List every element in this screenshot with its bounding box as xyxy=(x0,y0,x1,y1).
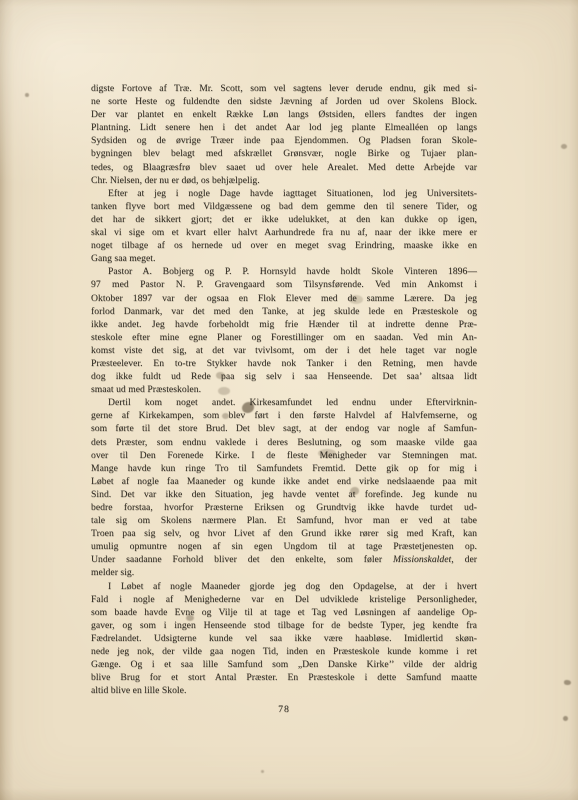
text-line: ikke andet. Jeg havde forbeholdt mig fri… xyxy=(91,318,477,331)
text-line: forlod Danmark, var det med den Tanke, a… xyxy=(91,305,477,318)
paragraph: digste Fortove af Træ. Mr. Scott, som ve… xyxy=(91,82,477,187)
text-line: det har de sikkert gjort; det er ikke ud… xyxy=(91,213,477,226)
text-line: Gænge. Og i et saa lille Samfund som „De… xyxy=(91,658,477,671)
text-line: tale sig om Skolens nærmere Plan. Et Sam… xyxy=(91,514,477,527)
text-line: smaat ud med Præsteskolen. xyxy=(91,383,477,396)
text-line: digste Fortove af Træ. Mr. Scott, som ve… xyxy=(91,82,477,95)
scanned-book-page: digste Fortove af Træ. Mr. Scott, som ve… xyxy=(0,0,578,800)
text-line: Plantning. Lidt senere hen i det andet A… xyxy=(91,121,477,134)
text-line: dets Præster, som endnu vaklede i deres … xyxy=(91,436,477,449)
text-line: tanken flyve bort med Vildgæssene og bad… xyxy=(91,200,477,213)
text-line: Mange havde kun ringe Tro til Samfundets… xyxy=(91,462,477,475)
text-line: I Løbet af nogle Maaneder gjorde jeg dog… xyxy=(91,580,477,593)
text-line: komst viste det sig, at det var tvivlsom… xyxy=(91,344,477,357)
text-line: Der var plantet en enkelt Række Løn lang… xyxy=(91,108,477,121)
ink-stain xyxy=(563,716,568,721)
text-line: umulig opmuntre nogen af sin egen Ungdom… xyxy=(91,540,477,553)
paragraph: Dertil kom noget andet. Kirkesamfundet l… xyxy=(91,396,477,579)
text-line: gerne af Kirkekampen, som blev ført i de… xyxy=(91,409,477,422)
text-line: Fald i nogle af Menighederne var en Del … xyxy=(91,593,477,606)
text-line: blive Brug for et stort Antal Præster. E… xyxy=(91,671,477,684)
paragraph: Pastor A. Bobjerg og P. P. Hornsyld havd… xyxy=(91,265,477,396)
text-line: Chr. Nielsen, der nu er død, os behjælpe… xyxy=(91,174,477,187)
text-line: tedes, og Blaagræsfrø blev saaet ud over… xyxy=(91,161,477,174)
text-line: bedre forstaa, hvorfor Præsterne Eriksen… xyxy=(91,501,477,514)
text-line: steskole efter mine egne Planer og Fores… xyxy=(91,331,477,344)
text-line: over til Den Forenede Kirke. I de fleste… xyxy=(91,449,477,462)
text-line: Fædrelandet. Udsigterne kunde vel saa ik… xyxy=(91,632,477,645)
text-line: ne sorte Heste og fuldendte den sidste J… xyxy=(91,95,477,108)
text-line: Sydsiden og de øvrige Træer inde paa Eje… xyxy=(91,134,477,147)
text-line: melder sig. xyxy=(91,566,477,579)
text-line: Efter at jeg i nogle Dage havde iagttage… xyxy=(91,187,477,200)
text-line: som førte til det store Brud. Det blev s… xyxy=(91,422,477,435)
text-line: Sind. Det var ikke den Situation, jeg ha… xyxy=(91,488,477,501)
ink-stain xyxy=(561,144,567,149)
text-line: som baade havde Evne og Vilje til at tag… xyxy=(91,606,477,619)
ink-stain xyxy=(25,93,29,97)
ink-stain xyxy=(564,680,571,685)
page-number: 78 xyxy=(91,704,477,715)
text-block: digste Fortove af Træ. Mr. Scott, som ve… xyxy=(91,82,477,697)
text-line: skal vi sige om et kvart eller halvt Aar… xyxy=(91,226,477,239)
ink-stain xyxy=(261,770,264,773)
paragraph: Efter at jeg i nogle Dage havde iagttage… xyxy=(91,187,477,266)
text-line: 97 med Pastor N. P. Gravengaard som Tils… xyxy=(91,278,477,291)
paragraph: I Løbet af nogle Maaneder gjorde jeg dog… xyxy=(91,580,477,698)
text-line: Oktober 1897 var der ogsaa en Flok Eleve… xyxy=(91,292,477,305)
text-line: Pastor A. Bobjerg og P. P. Hornsyld havd… xyxy=(91,265,477,278)
text-line: Troen paa sig selv, og hvor Livet af den… xyxy=(91,527,477,540)
text-line: Gang saa meget. xyxy=(91,252,477,265)
text-line: noget tilbage af os hernede ud over en m… xyxy=(91,239,477,252)
text-line: Præsteelever. En to-tre Stykker havde no… xyxy=(91,357,477,370)
text-line: Under saadanne Forhold bliver det den en… xyxy=(91,553,477,566)
text-line: Dertil kom noget andet. Kirkesamfundet l… xyxy=(91,396,477,409)
text-line: nede jeg nok, der vilde gaa nogen Tid, i… xyxy=(91,645,477,658)
text-line: bygningen blev belagt med afskrællet Grø… xyxy=(91,147,477,160)
text-line: dog ikke fuldt ud Rede paa sig selv i sa… xyxy=(91,370,477,383)
text-line: gaver, og som i ingen Henseende stod til… xyxy=(91,619,477,632)
text-line: Løbet af nogle faa Maaneder og kunde ikk… xyxy=(91,475,477,488)
text-line: altid blive en lille Skole. xyxy=(91,684,477,697)
